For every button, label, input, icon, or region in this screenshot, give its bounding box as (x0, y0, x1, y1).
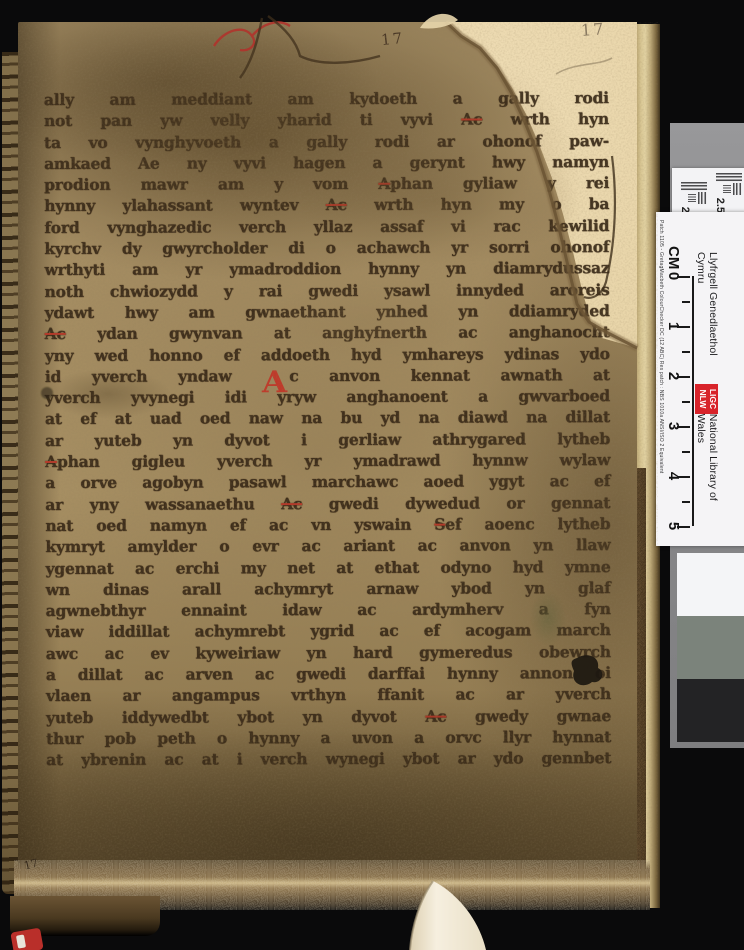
manuscript-line: hynny ylahassant wyntev Ac wrth hyn my o… (44, 193, 609, 216)
cm-scale-numbers: 012345 (662, 276, 694, 526)
folio-number-pencil: 17 (580, 19, 606, 40)
manuscript-line: kymryt amylder o evr ac ariant ac anvon … (45, 534, 610, 557)
ruler-brand-row: Llyfrgell Genedlaethol Cymru LlGC NLW Na… (692, 252, 722, 528)
manuscript-line: yny wed honno ef addoeth hyd ymhareys yd… (45, 343, 610, 366)
manuscript-line: not pan yw velly yharid ti vyvi Ac wrth … (44, 108, 609, 131)
manuscript-line: ta vo vynghyvoeth a gally rodi ar ohonof… (44, 130, 609, 153)
manuscript-line: id yverch yndaw Ac anvon kennat awnath a… (45, 364, 610, 387)
manuscript-line: Ac ydan gwynvan at anghyfnerth ac anghan… (45, 321, 610, 344)
facing-page-edge (2, 52, 19, 894)
manuscript-line: at ef at uad oed naw na bu yd na diawd n… (45, 406, 610, 429)
cm-scale: CM 012345 (662, 212, 694, 546)
ruler-card: Llyfrgell Genedlaethol Cymru LlGC NLW Na… (656, 212, 744, 546)
resolution-label: 2.5 (714, 198, 726, 213)
cm-number: 5 (665, 522, 682, 530)
manuscript-line: noth chwiozydd y rai gwedi ysawl innyded… (44, 279, 609, 302)
manuscript-line: awc ac ev kyweiriaw yn hard gymeredus ob… (46, 641, 611, 664)
photograph-stage: ally am meddiant am kydoeth a gally rodi… (0, 0, 744, 950)
cm-number: 0 (665, 272, 682, 280)
manuscript-line: ally am meddiant am kydoeth a gally rodi (44, 87, 609, 110)
manuscript-line: agwnebthyr ennaint idaw ac ardymherv a f… (46, 598, 611, 621)
manuscript-text-block: ally am meddiant am kydoeth a gally rodi… (44, 87, 611, 770)
manuscript-line: a orve agobyn pasawl marchawc aoed ygyt … (45, 470, 610, 493)
cm-number: 1 (665, 322, 682, 330)
manuscript-line: ydawt hwy am gwnaethant ynhed yn ddiamry… (45, 300, 610, 323)
manuscript-line: ar yuteb yn dyvot i gerliaw athrygared l… (45, 428, 610, 451)
manuscript-line: ygennat ac erchi my net at ethat odyno h… (45, 556, 610, 579)
grayscale-step-black (677, 679, 744, 742)
manuscript-line: Aphan gigleu yverch yr ymadrawd hynnw wy… (45, 449, 610, 472)
manuscript-line: yverch yvynegi idi yryw anghanoent a gwv… (45, 385, 610, 408)
manuscript-line: ar yny wassanaethu Ac gwedi dywedud or g… (45, 492, 610, 515)
manuscript-page: ally am meddiant am kydoeth a gally rodi… (18, 22, 637, 878)
red-tab (10, 928, 43, 950)
folio-number-ink: 17 (380, 29, 405, 49)
cm-number: 3 (665, 422, 682, 430)
manuscript-line: thur pob peth o hynny a uvon a orvc llyr… (46, 726, 611, 749)
nlw-logo: LlGC NLW (696, 384, 719, 414)
library-name-welsh: Llyfrgell Genedlaethol Cymru (695, 252, 719, 384)
resolution-target-25: 2.5 (712, 173, 742, 213)
manuscript-line: vlaen ar angampus vrthyn ffanit ac ar yv… (46, 683, 611, 706)
manuscript-line: ford vynghazedic verch yllaz assaf vi ra… (44, 215, 609, 238)
cm-number: 2 (665, 372, 682, 380)
grayscale-step-white (677, 553, 744, 616)
library-name-english: National Library of Wales (695, 414, 719, 528)
manuscript-line: at ybrenin ac at i verch wynegi ybot ar … (46, 747, 611, 770)
manuscript-line: prodion mawr am y vom Aphan gyliaw y rei (44, 172, 609, 195)
nlw-logo-line1: LlGC (707, 389, 717, 409)
manuscript-line: amkaed Ae ny vyvi hagen a gerynt hwy nam… (44, 151, 609, 174)
grayscale-step-mid (677, 616, 744, 679)
manuscript-line: yuteb iddywedbt ybot yn dyvot Ac gwedy g… (46, 705, 611, 728)
line-pair-pattern-icon (716, 173, 742, 195)
manuscript-line: wn dinas arall achymryt arnaw ybod yn gl… (46, 577, 611, 600)
manuscript-line: kyrchv dy gwyrcholder di o achawch yr so… (44, 236, 609, 259)
cm-label: CM (665, 246, 682, 269)
grayscale-step-target (677, 553, 744, 742)
manuscript-line: wrthyti am yr ymadroddion hynny yn diamr… (44, 257, 609, 280)
ruler-fine-print: Patch 1105 - GretagMacbeth ColourChecker… (658, 220, 664, 540)
manuscript-line: viaw iddillat achymrebt ygrid ac ef acog… (46, 619, 611, 642)
resolution-target-card: 2.5 2.2 (672, 168, 744, 214)
line-pair-pattern-icon (681, 182, 707, 204)
cm-number: 4 (665, 472, 682, 480)
manuscript-line: a dillat ac arven ac gwedi darffai hynny… (46, 662, 611, 685)
manuscript-line: nat oed namyn ef ac vn yswain Sef aoenc … (45, 513, 610, 536)
red-tab-label-chip (16, 934, 26, 948)
nlw-logo-line2: NLW (697, 390, 707, 409)
